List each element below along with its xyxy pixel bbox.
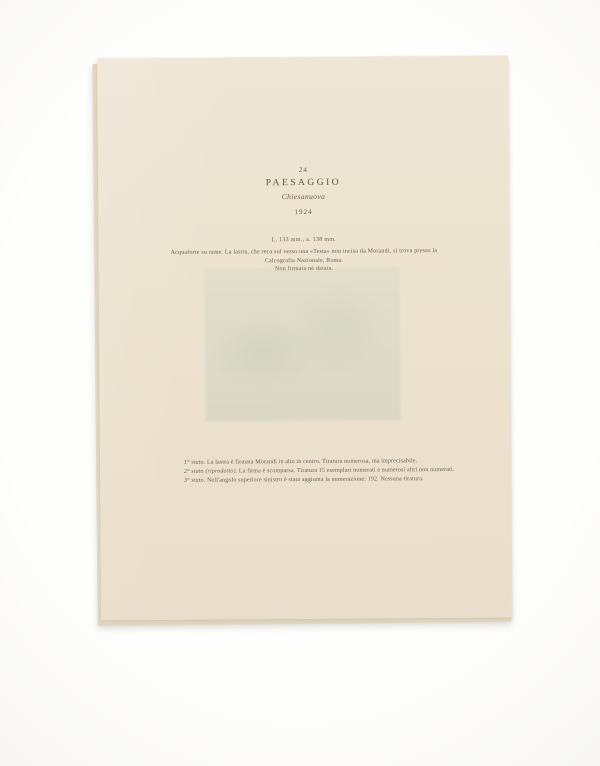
state-3-label: 3° stato.	[184, 478, 205, 484]
catalog-page: 24 PAESAGGIO Chiesanuova 1924 L. 133 mm.…	[97, 56, 512, 621]
faint-etching-plate-image	[205, 267, 401, 421]
page-subtitle: Chiesanuova	[98, 191, 509, 203]
states-block: 1° stato. La lastra è firmata Morandi in…	[184, 456, 530, 485]
state-3-text: Nell'angolo superiore sinistro è stata a…	[207, 476, 424, 484]
photo-background: 24 PAESAGGIO Chiesanuova 1924 L. 133 mm.…	[0, 0, 600, 766]
state-entry-3: 3° stato. Nell'angolo superiore sinistro…	[184, 474, 530, 485]
page-title: PAESAGGIO	[98, 177, 509, 190]
state-1-text: La lastra è firmata Morandi in alto in c…	[207, 458, 417, 465]
dimensions-line: L. 133 mm., a. 138 mm.	[98, 236, 509, 245]
year-label: 1924	[98, 207, 509, 218]
state-1-label: 1° stato.	[184, 460, 205, 466]
catalog-number: 24	[98, 165, 509, 176]
state-2-text: La firma è scomparsa. Tiratura 15 esempl…	[239, 467, 454, 475]
state-2-label: 2° stato (riprodotto).	[184, 468, 237, 474]
